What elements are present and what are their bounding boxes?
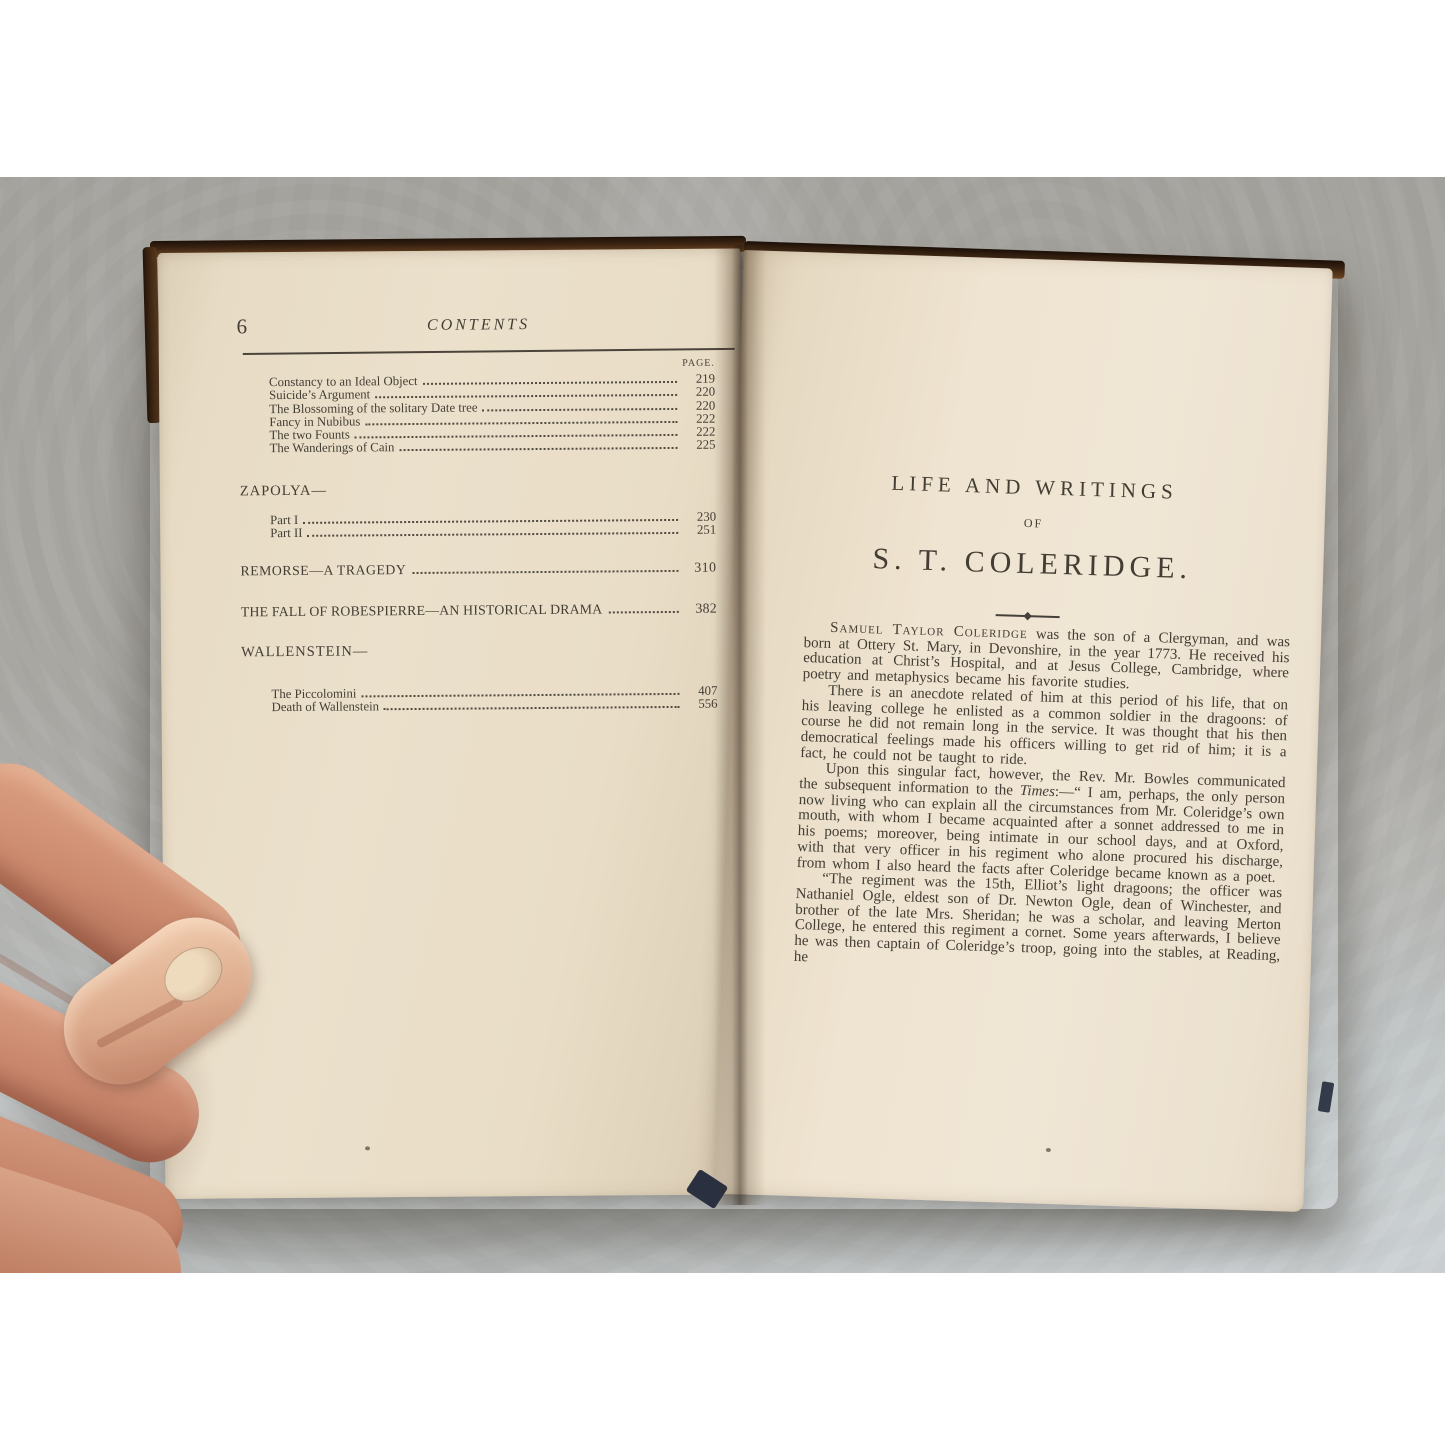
of-label: OF [793,509,1273,539]
fabric-background: 6 CONTENTS PAGE. Constancy to an Ideal O… [0,177,1445,1273]
toc-wallenstein: The Piccolomini 407 Death of Wallenstein… [271,684,717,714]
toc-leader [365,412,677,425]
toc-title: Death of Wallenstein [272,701,380,715]
toc-title: Part II [270,527,302,541]
toc-page: 225 [681,439,715,453]
right-page: LIFE AND WRITINGS OF S. T. COLERIDGE. Sa… [714,250,1332,1212]
paragraph-text: :—“ I am, perhaps, the only person now l… [797,784,1286,885]
toc-title: THE FALL OF ROBESPIERRE—AN HISTORICAL DR… [241,602,603,620]
hand [0,850,330,1273]
toc-title: The Wanderings of Cain [269,442,394,456]
body-text: Samuel Taylor Coleridge was the son of a… [794,620,1291,981]
paper-speck [1046,1148,1051,1152]
toc-row: The Wanderings of Cain 225 [269,438,715,455]
toc-title: REMORSE—A TRAGEDY [240,562,406,578]
section-heading-wallenstein: WALLENSTEIN— [241,643,368,661]
book-photo: 6 CONTENTS PAGE. Constancy to an Ideal O… [0,0,1445,1445]
toc-page: 251 [682,524,716,538]
paragraph: “The regiment was the 15th, Elliot’s lig… [794,871,1283,980]
paragraph: Upon this singular fact, however, the Re… [797,761,1286,886]
toc-leader [412,561,678,574]
toc-page: 556 [684,698,718,712]
toc-leader [399,438,677,451]
times-italic: Times [1020,783,1056,800]
divider-line [995,614,1059,618]
paragraph-text: was the son of a Clergyman, and was born… [802,626,1290,692]
paper-speck [365,1146,370,1150]
toc-leader [482,399,677,412]
robespierre-row: THE FALL OF ROBESPIERRE—AN HISTORICAL DR… [241,601,717,620]
toc-leader [355,425,678,439]
diamond-icon [1023,612,1031,620]
toc-page: 310 [682,560,716,575]
toc-leader [375,385,677,398]
contents-title: CONTENTS [279,315,679,336]
coleridge-title: S. T. COLERIDGE. [792,540,1273,589]
toc-row: Death of Wallenstein 556 [272,697,718,714]
toc-poems: Constancy to an Ideal Object 219 Suicide… [269,372,716,455]
toc-leader [384,697,680,710]
toc-page: 220 [681,386,715,400]
section-heading-zapolya: ZAPOLYA— [240,483,327,501]
toc-leader [423,372,678,385]
toc-leader [361,684,679,697]
page-number: 6 [236,314,247,339]
remorse-row: REMORSE—A TRAGEDY 310 [240,560,716,579]
toc-page: 382 [683,601,717,616]
toc-zapolya: Part I 230 Part II 251 [270,510,716,540]
header-rule [243,348,735,355]
right-page-title: LIFE AND WRITINGS [794,468,1275,508]
toc-row: Part II 251 [270,523,716,540]
toc-leader [608,602,678,614]
page-column-label: PAGE. [239,358,715,373]
toc-leader [303,510,678,524]
toc-leader [307,523,678,537]
